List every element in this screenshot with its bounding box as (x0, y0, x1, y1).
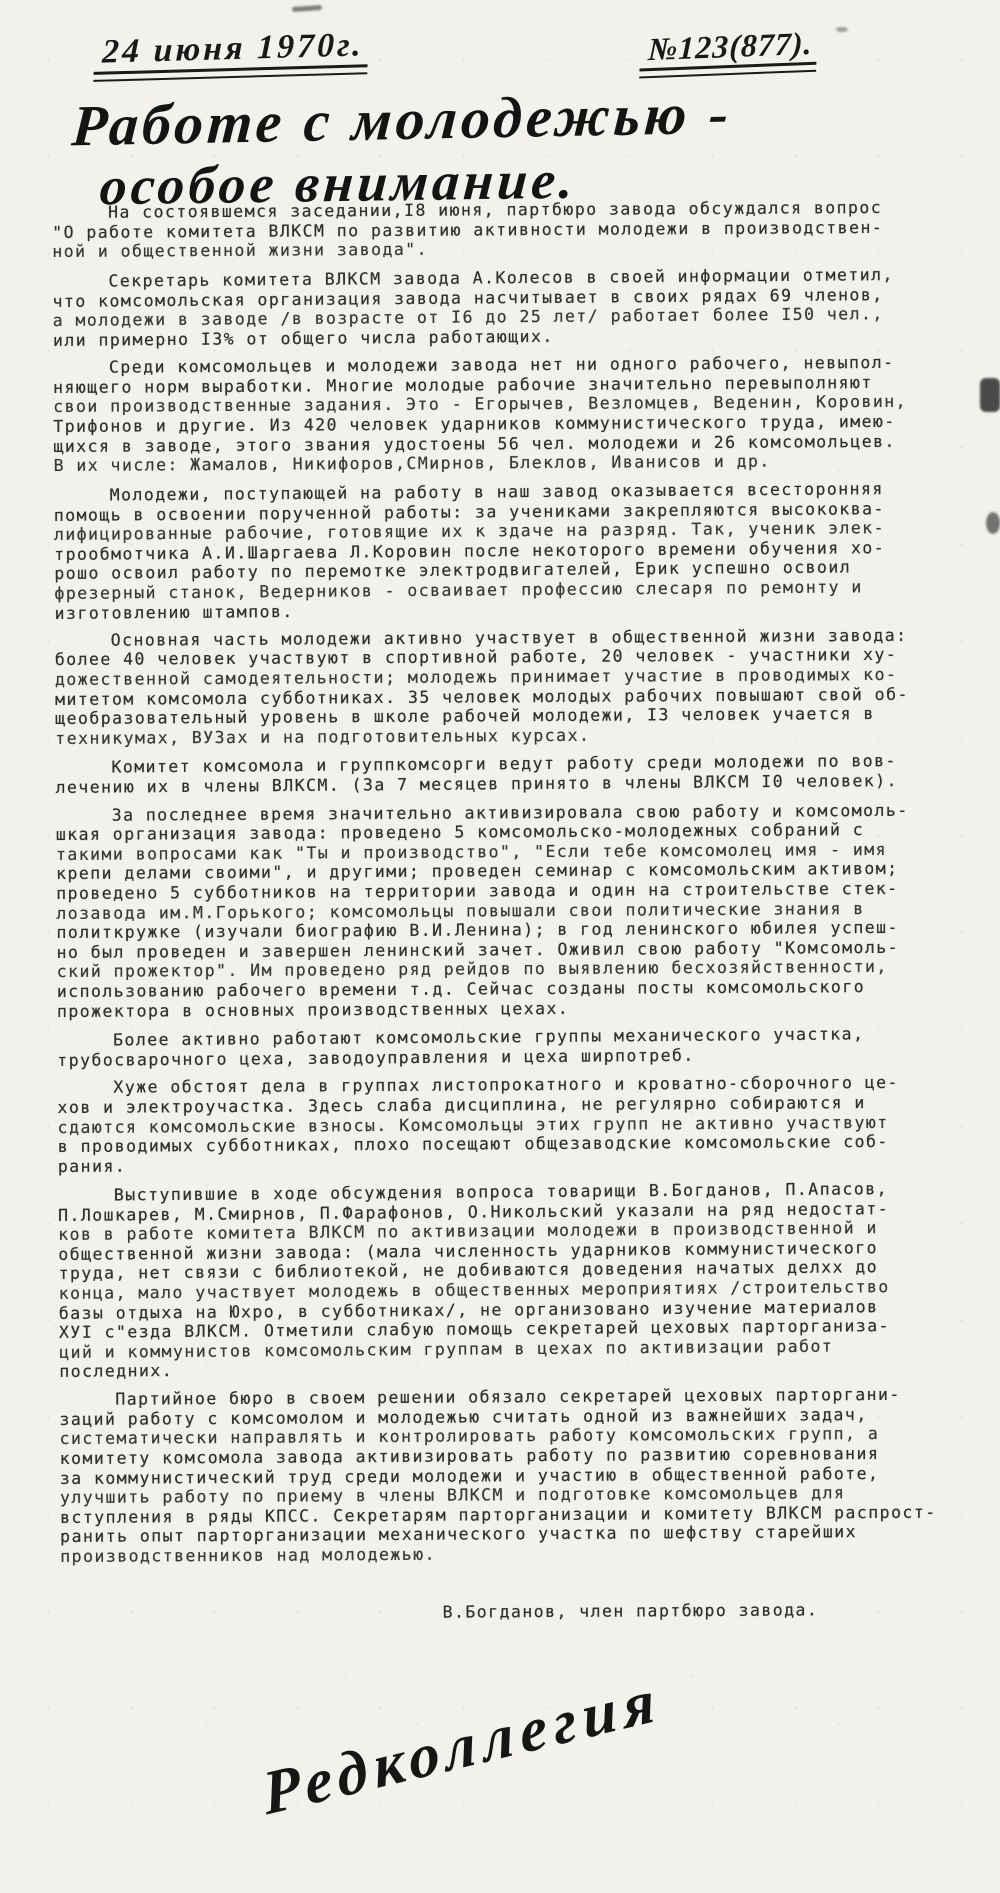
author-signature: В.Богданов, член партбюро завода. (443, 1599, 973, 1622)
paragraph: Молодежи, поступающей на работу в наш за… (54, 478, 967, 623)
text-line: производственников над молодежью. (60, 1541, 972, 1566)
handwritten-signature: Редколлегия (259, 1664, 665, 1830)
issue-number: №123(877). (647, 25, 813, 72)
typed-text-body: На состоявшемся заседании,I8 июня, партб… (52, 197, 973, 1624)
paragraph: Более активно работают комсомольские гру… (57, 1024, 969, 1071)
paragraph: Основная часть молодежи активно участвуе… (55, 625, 968, 748)
document-date-text: 24 июня 1970г. (102, 26, 365, 75)
paragraph: Партийное бюро в своем решении обязало с… (59, 1385, 972, 1567)
paragraph: Выступившие в ходе обсуждения вопроса то… (58, 1179, 972, 1382)
text-line: В их числе: Жамалов, Никифоров,СМирнов, … (54, 451, 966, 476)
ink-smudge (986, 512, 1000, 534)
scanned-document-page: 24 июня 1970г. №123(877). Работе с молод… (0, 0, 1000, 1893)
ink-smudge (292, 5, 322, 12)
document-date: 24 июня 1970г. (102, 26, 365, 75)
paragraph: За последнее время значительно активизир… (56, 800, 969, 1021)
ink-smudge (836, 27, 848, 32)
text-line: ной и общественной жизни завода". (52, 237, 964, 262)
paragraph: Секретарь комитета ВЛКСМ завода А.Колесо… (52, 264, 965, 350)
paragraph: Хуже обстоят дела в группах листопрокатн… (57, 1073, 970, 1177)
ink-smudge (980, 378, 1000, 412)
issue-number-text: №123(877). (647, 25, 813, 72)
page-title-line-1: Работе с молодежью - (70, 80, 735, 160)
paragraph: Комитет комсомола и группкомсорги ведут … (55, 751, 967, 798)
paragraph: На состоявшемся заседании,I8 июня, партб… (52, 197, 964, 261)
text-line: техникумах, ВУЗах и на подготовительных … (55, 723, 967, 748)
paragraph: Среди комсомольцев и молодежи завода нет… (53, 353, 966, 476)
